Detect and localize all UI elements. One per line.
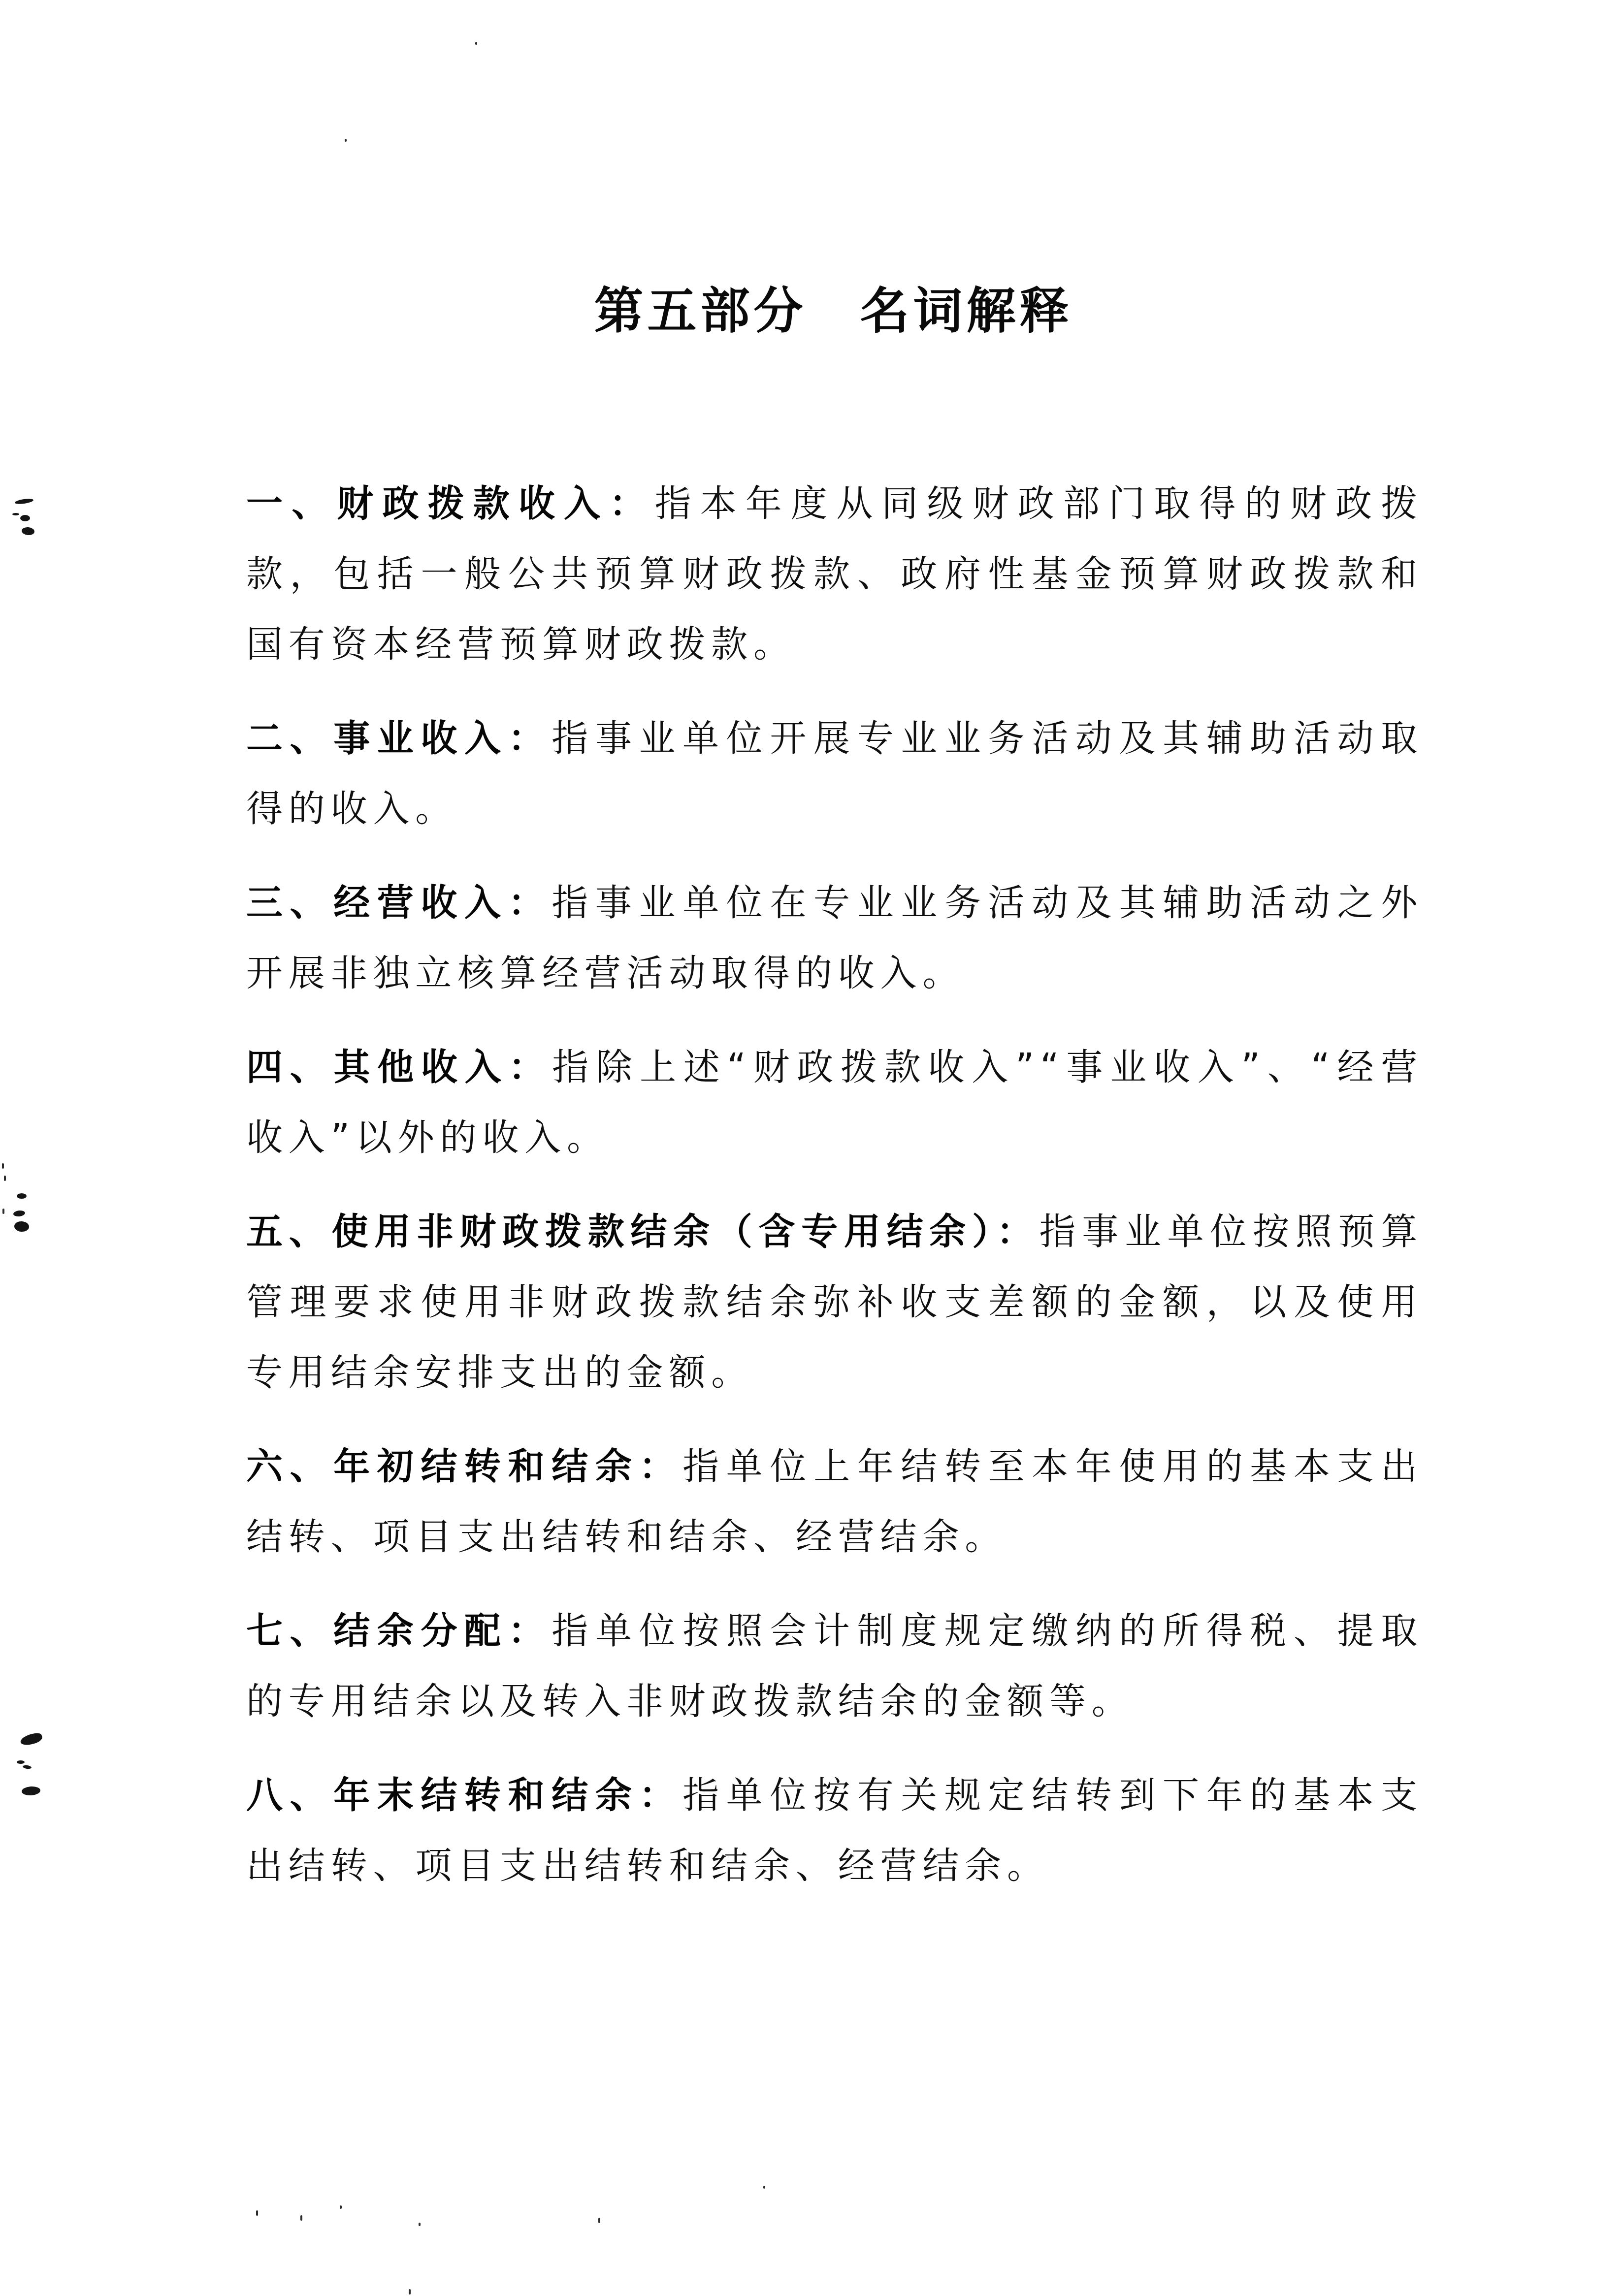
glossary-term: 七、结余分配： xyxy=(246,1610,552,1652)
document-page: 第五部分 名词解释 一、财政拨款收入：指本年度从同级财政部门取得的财政拨款，包括… xyxy=(0,0,1624,2296)
scan-artifact xyxy=(13,1210,25,1217)
glossary-term: 八、年末结转和结余： xyxy=(246,1774,682,1817)
scan-artifact xyxy=(419,2223,421,2226)
scan-artifact xyxy=(763,2186,765,2189)
scan-artifact xyxy=(14,1221,29,1232)
glossary-entry-8: 八、年末结转和结余：指单位按有关规定结转到下年的基本支出结转、项目支出结转和结余… xyxy=(246,1760,1423,1901)
glossary-term: 一、财政拨款收入： xyxy=(246,482,655,525)
glossary-term: 二、事业收入： xyxy=(246,717,552,760)
scan-artifact xyxy=(17,1193,27,1199)
scan-artifact xyxy=(21,1786,40,1796)
glossary-term: 五、使用非财政拨款结余（含专用结余）： xyxy=(246,1211,1039,1253)
scan-artifact xyxy=(300,2215,302,2221)
glossary-entry-7: 七、结余分配：指单位按照会计制度规定缴纳的所得税、提取的专用结余以及转入非财政拨… xyxy=(246,1596,1423,1737)
scan-artifact xyxy=(409,2289,411,2295)
glossary-term: 六、年初结转和结余： xyxy=(246,1445,682,1488)
glossary-entry-3: 三、经营收入：指事业单位在专业业务活动及其辅助活动之外开展非独立核算经营活动取得… xyxy=(246,868,1423,1009)
scan-artifact xyxy=(20,515,30,521)
scan-artifact xyxy=(256,2210,258,2216)
scan-artifact xyxy=(21,527,34,536)
scan-artifact xyxy=(23,1765,32,1769)
scan-artifact xyxy=(345,139,347,142)
scan-artifact xyxy=(598,2218,600,2223)
glossary-entry-2: 二、事业收入：指事业单位开展专业业务活动及其辅助活动取得的收入。 xyxy=(246,703,1423,844)
scan-artifact xyxy=(17,1760,25,1764)
scan-artifact xyxy=(475,42,477,45)
glossary-entry-4: 四、其他收入：指除上述“财政拨款收入”“事业收入”、“经营收入”以外的收入。 xyxy=(246,1032,1423,1173)
glossary-entry-6: 六、年初结转和结余：指单位上年结转至本年使用的基本支出结转、项目支出结转和结余、… xyxy=(246,1432,1423,1572)
scan-artifact xyxy=(19,1732,43,1747)
scan-artifact xyxy=(2,1163,4,1169)
glossary-list: 一、财政拨款收入：指本年度从同级财政部门取得的财政拨款，包括一般公共预算财政拨款… xyxy=(246,469,1423,1925)
scan-artifact xyxy=(340,2205,342,2209)
glossary-term: 四、其他收入： xyxy=(246,1046,552,1088)
scan-artifact xyxy=(15,498,34,505)
scan-artifact xyxy=(12,513,19,515)
glossary-term: 三、经营收入： xyxy=(246,882,552,924)
scan-artifact xyxy=(4,1176,6,1181)
page-title: 第五部分 名词解释 xyxy=(246,282,1421,341)
glossary-entry-5: 五、使用非财政拨款结余（含专用结余）：指事业单位按照预算管理要求使用非财政拨款结… xyxy=(246,1197,1423,1408)
glossary-entry-1: 一、财政拨款收入：指本年度从同级财政部门取得的财政拨款，包括一般公共预算财政拨款… xyxy=(246,469,1423,680)
scan-artifact xyxy=(2,1209,4,1214)
